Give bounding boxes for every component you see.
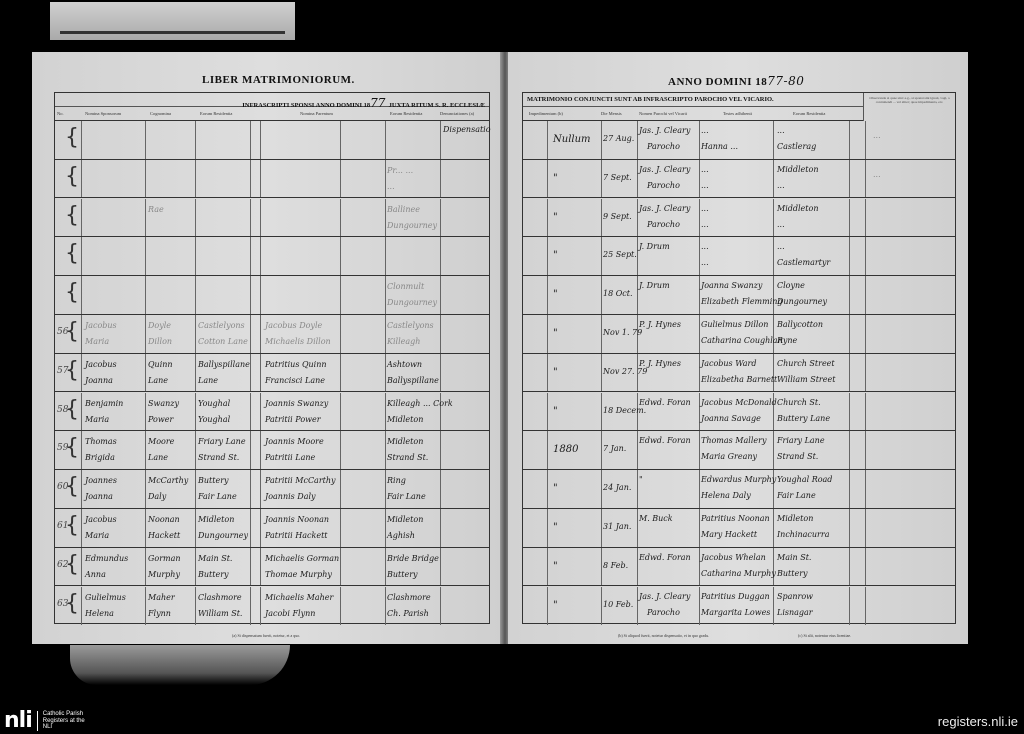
column-rule	[865, 121, 866, 159]
ceremony-row: "9 Sept.Jas. J. ClearyParocho...Middleto…	[523, 199, 955, 238]
column-rule	[81, 354, 82, 392]
column-rule	[440, 587, 441, 626]
column-rule	[849, 393, 850, 431]
groom-parent-residence: Ballinee	[387, 205, 420, 214]
groom-name: Thomas	[85, 437, 117, 446]
bride-parent-residence: ...	[387, 182, 395, 191]
ceremony-row: "31 Jan.M. BuckPatritius NoonanMidletonM…	[523, 509, 955, 548]
col-testes-residentia: Eorum Residentia	[793, 111, 825, 116]
column-rule	[865, 354, 866, 392]
column-rule	[849, 160, 850, 198]
ceremony-row: "25 Sept.J. Drum.........Castlemartyr	[523, 237, 955, 276]
column-rule	[699, 354, 700, 392]
bride-residence: Strand St.	[198, 453, 239, 462]
column-rule	[699, 199, 700, 237]
register-entry-row: {Pr... ......	[55, 160, 489, 199]
column-rule	[260, 276, 261, 314]
groom-residence: Ballyspillane	[198, 360, 250, 369]
column-rule	[195, 160, 196, 198]
priest-name: Jas. J. Cleary	[639, 592, 690, 601]
bride-surname: Hackett	[148, 531, 180, 540]
column-rule	[385, 160, 386, 198]
right-column-headers: Impedimentum (b) Die Mensis Nomen Paroch…	[523, 107, 863, 121]
bride-surname: Power	[148, 415, 173, 424]
register-entry-row: {Dispensatio	[55, 121, 489, 160]
column-rule	[145, 548, 146, 586]
witness-1-residence: Spanrow	[777, 592, 813, 601]
groom-parent: Joannis Swanzy	[265, 399, 328, 408]
column-rule	[699, 315, 700, 353]
column-rule	[145, 121, 146, 159]
column-rule	[385, 470, 386, 508]
bride-name: Anna	[85, 570, 106, 579]
marriage-date: 25 Sept.	[603, 250, 637, 259]
witness-2-name: Elizabeth Flemming	[701, 297, 783, 306]
column-rule	[601, 121, 602, 159]
column-rule	[250, 393, 251, 431]
column-rule	[81, 315, 82, 353]
groom-parent: Patritius Quinn	[265, 360, 327, 369]
column-rule	[773, 237, 774, 275]
impediment: "	[553, 173, 558, 184]
col-die-mensis: Die Mensis	[601, 111, 622, 116]
column-rule	[145, 470, 146, 508]
impediment: "	[553, 406, 558, 417]
impediment: "	[553, 561, 558, 572]
witness-1-residence: Ballycotton	[777, 320, 823, 329]
column-rule	[547, 431, 548, 469]
ceremony-row: "Nov 27. 79P. J. HynesJacobus WardChurch…	[523, 354, 955, 393]
column-rule	[195, 548, 196, 586]
brace-glyph: {	[65, 515, 79, 537]
column-rule	[547, 237, 548, 275]
groom-parent: Joannis Noonan	[265, 515, 329, 524]
column-rule	[601, 431, 602, 469]
column-rule	[849, 470, 850, 508]
bride-parent: Jacobi Flynn	[265, 609, 315, 618]
column-rule	[547, 548, 548, 586]
column-rule	[699, 237, 700, 275]
groom-parent-residence: Killeagh ... Cork	[387, 399, 453, 408]
column-rule	[385, 509, 386, 547]
column-rule	[340, 354, 341, 392]
column-rule	[260, 470, 261, 508]
right-page-title: ANNO DOMINI 1877-80	[668, 74, 804, 88]
bride-parent-residence: Killeagh	[387, 337, 420, 346]
groom-name: Jacobus	[85, 515, 117, 524]
column-rule	[260, 160, 261, 198]
column-rule	[260, 237, 261, 275]
column-rule	[195, 393, 196, 431]
column-rule	[440, 431, 441, 469]
col-denunciationes: Denunciationes (a)	[440, 111, 474, 116]
groom-surname: Maher	[148, 593, 175, 602]
bride-name: Maria	[85, 415, 109, 424]
brace-glyph: {	[65, 127, 79, 149]
witness-1-name: Patritius Noonan	[701, 514, 770, 523]
groom-parent: Michaelis Gorman	[265, 554, 339, 563]
witness-1-residence: Friary Lane	[777, 436, 825, 445]
column-rule	[340, 160, 341, 198]
register-entry-row: 60{JoannesJoannaMcCarthyDalyButteryFair …	[55, 470, 489, 509]
witness-2-name: Elizabetha Barnett	[701, 375, 777, 384]
groom-surname: Noonan	[148, 515, 180, 524]
groom-parent: Michaelis Maher	[265, 593, 333, 602]
col-nomina-parentum: Nomina Parentum	[300, 111, 333, 116]
groom-surname: McCarthy	[148, 476, 188, 485]
col-eorum-residentia: Eorum Residentia	[200, 111, 232, 116]
ceremony-row: "Nov 1. 79P. J. HynesGulielmus DillonBal…	[523, 315, 955, 354]
col-parent-residentia: Eorum Residentia	[390, 111, 422, 116]
right-rows: Nullum27 Aug.Jas. J. ClearyParocho......…	[523, 121, 955, 623]
groom-parent-residence: Bride Bridge	[387, 554, 439, 563]
column-rule	[145, 276, 146, 314]
witness-2-name: Margarita Lowes	[701, 608, 770, 617]
brace-glyph: {	[65, 166, 79, 188]
brace-glyph: {	[65, 437, 79, 459]
column-rule	[637, 548, 638, 586]
column-rule	[250, 276, 251, 314]
column-rule	[81, 548, 82, 586]
column-rule	[195, 315, 196, 353]
col-impedimentum: Impedimentum (b)	[529, 111, 563, 116]
witness-1-residence: Church Street	[777, 359, 835, 368]
column-rule	[865, 160, 866, 198]
column-rule	[81, 587, 82, 626]
groom-name: Gulielmus	[85, 593, 126, 602]
witness-1-name: Gulielmus Dillon	[701, 320, 768, 329]
impediment: Nullum	[553, 134, 591, 145]
register-entry-row: 62{EdmundusAnnaGormanMurphyMain St.Butte…	[55, 548, 489, 587]
column-rule	[865, 470, 866, 508]
witness-2-name: Hanna ...	[701, 142, 738, 151]
column-rule	[81, 160, 82, 198]
nli-logo[interactable]: nli Catholic Parish Registers at the NLI	[4, 710, 93, 732]
witness-1-name: Joanna Swanzy	[701, 281, 762, 290]
column-rule	[601, 587, 602, 626]
ceremony-row: "18 Oct.J. DrumJoanna SwanzyCloyneElizab…	[523, 276, 955, 315]
register-entry-row: 58{BenjaminMariaSwanzyPowerYoughalYougha…	[55, 393, 489, 432]
col-nomen-parochi: Nomen Parochi vel Vicarii	[639, 111, 687, 116]
column-rule	[637, 431, 638, 469]
brace-glyph: {	[65, 593, 79, 615]
witness-1-name: Edwardus Murphy	[701, 475, 776, 484]
groom-name: Joannes	[85, 476, 117, 485]
column-rule	[250, 121, 251, 159]
witness-1-residence: Youghal Road	[777, 475, 832, 484]
column-rule	[195, 354, 196, 392]
bride-parent-residence: Strand St.	[387, 453, 428, 462]
paper-scrap-bottom	[70, 645, 290, 685]
column-rule	[250, 160, 251, 198]
witness-1-residence: Main St.	[777, 553, 811, 562]
column-rule	[340, 315, 341, 353]
marriage-date: 18 Oct.	[603, 289, 633, 298]
column-rule	[547, 276, 548, 314]
witness-1-name: Thomas Mallery	[701, 436, 766, 445]
column-rule	[865, 315, 866, 353]
brace-glyph: {	[65, 399, 79, 421]
column-rule	[637, 237, 638, 275]
witness-1-name: Jacobus McDonald	[701, 398, 777, 407]
witness-2-residence: Buttery	[777, 569, 808, 578]
column-rule	[385, 431, 386, 469]
column-rule	[250, 587, 251, 626]
ceremony-row: "18 Decem.Edwd. ForanJacobus McDonaldChu…	[523, 393, 955, 432]
column-rule	[637, 587, 638, 626]
left-register-table: INFRASCRIPTI SPONSI ANNO DOMINI 1877 JUX…	[54, 92, 490, 624]
column-rule	[340, 548, 341, 586]
column-rule	[250, 470, 251, 508]
witness-2-residence: Lisnagar	[777, 608, 813, 617]
left-header-line: INFRASCRIPTI SPONSI ANNO DOMINI 1877 JUX…	[55, 93, 489, 107]
groom-name: Jacobus	[85, 360, 117, 369]
column-rule	[865, 509, 866, 547]
column-rule	[601, 315, 602, 353]
priest-name: "	[639, 475, 643, 484]
witness-1-name: Patritius Duggan	[701, 592, 770, 601]
notes-column-header: Observanda si quae sint: e.g., si sponsi…	[863, 93, 955, 121]
column-rule	[601, 237, 602, 275]
column-rule	[849, 509, 850, 547]
column-rule	[547, 393, 548, 431]
witness-1-name: ...	[701, 204, 709, 213]
priest-name: Edwd. Foran	[639, 398, 691, 407]
column-rule	[637, 276, 638, 314]
groom-name: Edmundus	[85, 554, 128, 563]
witness-2-name: ...	[701, 220, 709, 229]
bride-parent-residence: Midleton	[387, 415, 423, 424]
column-rule	[250, 548, 251, 586]
priest-name: J. Drum	[639, 242, 670, 251]
column-rule	[773, 587, 774, 626]
groom-parent-residence: Midleton	[387, 515, 423, 524]
bride-parent: Thomae Murphy	[265, 570, 332, 579]
column-rule	[340, 393, 341, 431]
witness-2-residence: Dungourney	[777, 297, 827, 306]
column-rule	[601, 276, 602, 314]
marriage-date: 18 Decem.	[603, 406, 646, 415]
column-rule	[340, 237, 341, 275]
bride-surname: Daly	[148, 492, 166, 501]
brace-glyph: {	[65, 321, 79, 343]
groom-surname: Moore	[148, 437, 174, 446]
groom-name: Benjamin	[85, 399, 123, 408]
bride-name: Maria	[85, 531, 109, 540]
column-rule	[849, 121, 850, 159]
groom-parent-residence: Castlelyons	[387, 321, 434, 330]
column-rule	[865, 237, 866, 275]
groom-residence: Castlelyons	[198, 321, 245, 330]
column-rule	[440, 548, 441, 586]
right-footnote-1: (b) Si aliquod fuerit, notetur dispensat…	[618, 633, 709, 638]
column-rule	[81, 470, 82, 508]
column-rule	[849, 315, 850, 353]
column-rule	[440, 121, 441, 159]
groom-parent: Patritii McCarthy	[265, 476, 336, 485]
column-rule	[773, 354, 774, 392]
bride-name: Joanna	[85, 492, 113, 501]
column-rule	[601, 509, 602, 547]
bride-surname: Murphy	[148, 570, 180, 579]
site-url-link[interactable]: registers.nli.ie	[938, 714, 1018, 729]
priest-name: P. J. Hynes	[639, 359, 681, 368]
column-rule	[385, 354, 386, 392]
priest-name: Jas. J. Cleary	[639, 126, 690, 135]
groom-parent-residence: Ashtown	[387, 360, 422, 369]
brace-glyph: {	[65, 476, 79, 498]
column-rule	[440, 470, 441, 508]
witness-2-name: Catharina Murphy	[701, 569, 776, 578]
bride-parent-residence: Dungourney	[387, 221, 437, 230]
marriage-date: 9 Sept.	[603, 212, 632, 221]
column-rule	[340, 509, 341, 547]
marriage-date: Nov 27. 79	[603, 367, 647, 376]
column-rule	[547, 315, 548, 353]
witness-2-residence: Fair Lane	[777, 491, 816, 500]
column-rule	[81, 509, 82, 547]
witness-1-name: Jacobus Whelan	[701, 553, 766, 562]
marriage-date: 27 Aug.	[603, 134, 634, 143]
brace-glyph: {	[65, 205, 79, 227]
left-footnote: (a) Si dispensatum fuerit, notetur, et a…	[232, 633, 300, 638]
witness-2-residence: William Street	[777, 375, 835, 384]
priest-name: Edwd. Foran	[639, 553, 691, 562]
bride-name: Helena	[85, 609, 114, 618]
column-rule	[440, 315, 441, 353]
witness-2-residence: Castlemartyr	[777, 258, 830, 267]
groom-parent-residence: Ring	[387, 476, 406, 485]
column-rule	[601, 393, 602, 431]
column-rule	[849, 354, 850, 392]
column-rule	[145, 315, 146, 353]
column-rule	[250, 354, 251, 392]
impediment: "	[553, 328, 558, 339]
col-no: No.	[57, 111, 64, 116]
witness-2-name: Maria Greany	[701, 452, 757, 461]
register-entry-row: 56{JacobusMariaDoyleDillonCastlelyonsCot…	[55, 315, 489, 354]
brace-glyph: {	[65, 360, 79, 382]
column-rule	[601, 548, 602, 586]
column-rule	[260, 354, 261, 392]
register-entry-row: 61{JacobusMariaNoonanHackettMidletonDung…	[55, 509, 489, 548]
column-rule	[195, 470, 196, 508]
priest-name: Jas. J. Cleary	[639, 204, 690, 213]
bride-residence: Dungourney	[198, 531, 248, 540]
column-rule	[601, 199, 602, 237]
column-rule	[865, 548, 866, 586]
column-rule	[195, 276, 196, 314]
ceremony-row: "7 Sept.Jas. J. ClearyParocho...Middleto…	[523, 160, 955, 199]
column-rule	[637, 509, 638, 547]
column-rule	[81, 121, 82, 159]
column-rule	[773, 121, 774, 159]
bride-residence: William St.	[198, 609, 242, 618]
ceremony-row: "24 Jan."Edwardus MurphyYoughal RoadHele…	[523, 470, 955, 509]
column-rule	[81, 431, 82, 469]
register-entry-row: 59{ThomasBrigidaMooreLaneFriary LaneStra…	[55, 431, 489, 470]
paper-scrap-top	[50, 2, 295, 40]
column-rule	[865, 431, 866, 469]
marriage-date: 7 Sept.	[603, 173, 632, 182]
column-rule	[385, 199, 386, 237]
groom-residence: Buttery	[198, 476, 229, 485]
witness-1-name: ...	[701, 126, 709, 135]
witness-1-name: ...	[701, 242, 709, 251]
column-rule	[547, 354, 548, 392]
bride-surname: Flynn	[148, 609, 171, 618]
column-rule	[260, 315, 261, 353]
left-rows: {Dispensatio{Pr... ......{RaeBallineeDun…	[55, 121, 489, 623]
impediment: "	[553, 250, 558, 261]
bride-residence: Youghal	[198, 415, 230, 424]
right-page: ANNO DOMINI 1877-80 MATRIMONIO CONJUNCTI…	[508, 52, 968, 644]
column-rule	[145, 431, 146, 469]
column-rule	[260, 548, 261, 586]
column-rule	[195, 431, 196, 469]
ceremony-row: "10 Feb.Jas. J. ClearyParochoPatritius D…	[523, 587, 955, 626]
nli-logo-text: Catholic Parish Registers at the NLI	[43, 711, 93, 732]
groom-parent-residence: Midleton	[387, 437, 423, 446]
column-rule	[145, 509, 146, 547]
witness-1-residence: Middleton	[777, 204, 818, 213]
column-rule	[547, 199, 548, 237]
column-rule	[773, 548, 774, 586]
column-rule	[260, 121, 261, 159]
priest-name: Edwd. Foran	[639, 436, 691, 445]
register-entry-row: 63{GulielmusHelenaMaherFlynnClashmoreWil…	[55, 587, 489, 626]
register-entry-row: {ClonmultDungourney	[55, 276, 489, 315]
marriage-date: 7 Jan.	[603, 444, 626, 453]
column-rule	[773, 160, 774, 198]
groom-surname: Swanzy	[148, 399, 179, 408]
column-rule	[195, 587, 196, 626]
column-rule	[340, 121, 341, 159]
witness-2-name: Helena Daly	[701, 491, 751, 500]
right-title-text: ANNO DOMINI 18	[668, 76, 767, 88]
bride-surname: Dillon	[148, 337, 172, 346]
column-rule	[385, 276, 386, 314]
nli-logo-mark: nli	[4, 710, 32, 732]
column-rule	[547, 160, 548, 198]
column-rule	[340, 470, 341, 508]
column-rule	[250, 509, 251, 547]
column-rule	[250, 315, 251, 353]
witness-2-name: ...	[701, 258, 709, 267]
column-rule	[547, 470, 548, 508]
groom-residence: Midleton	[198, 515, 234, 524]
bride-name: Joanna	[85, 376, 113, 385]
groom-surname: Doyle	[148, 321, 171, 330]
witness-2-name: Joanna Savage	[701, 414, 761, 423]
column-rule	[385, 587, 386, 626]
ceremony-row: "8 Feb.Edwd. ForanJacobus WhelanMain St.…	[523, 548, 955, 587]
groom-surname: Quinn	[148, 360, 173, 369]
bride-surname: Lane	[148, 376, 168, 385]
groom-surname: Gorman	[148, 554, 181, 563]
impediment: "	[553, 289, 558, 300]
column-rule	[81, 276, 82, 314]
column-rule	[699, 509, 700, 547]
column-rule	[440, 160, 441, 198]
witness-2-residence: Inchinacurra	[777, 530, 829, 539]
marriage-date: 24 Jan.	[603, 483, 631, 492]
column-rule	[865, 199, 866, 237]
column-rule	[250, 199, 251, 237]
bride-residence: Buttery	[198, 570, 229, 579]
column-rule	[195, 509, 196, 547]
witness-1-residence: ...	[777, 126, 785, 135]
